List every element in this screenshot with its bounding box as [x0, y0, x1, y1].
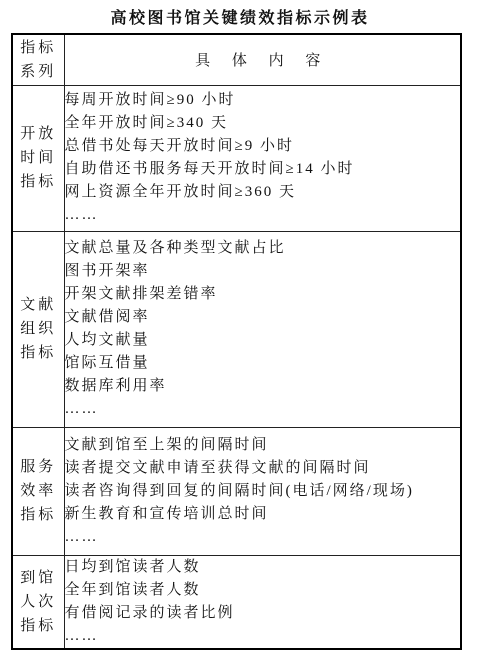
table-row-opening-hours: 开放 时间 指标 每周开放时间≥90 小时 全年开放时间≥340 天 总借书处每… [12, 85, 461, 231]
table-header-row: 指标 系列 具 体 内 容 [12, 34, 461, 85]
table-row-service-efficiency: 服务 效率 指标 文献到馆至上架的间隔时间 读者提交文献申请至获得文献的间隔时间… [12, 427, 461, 555]
row-content-document-organization: 文献总量及各种类型文献占比 图书开架率 开架文献排架差错率 文献借阅率 人均文献… [64, 231, 461, 427]
row-label-visitor-count: 到馆 人次 指标 [12, 555, 64, 649]
page-title: 高校图书馆关键绩效指标示例表 [0, 5, 480, 28]
column-header-specific-content: 具 体 内 容 [64, 34, 461, 85]
row-content-visitor-count: 日均到馆读者人数 全年到馆读者人数 有借阅记录的读者比例 …… [64, 555, 461, 649]
row-content-opening-hours: 每周开放时间≥90 小时 全年开放时间≥340 天 总借书处每天开放时间≥9 小… [64, 85, 461, 231]
row-label-opening-hours: 开放 时间 指标 [12, 85, 64, 231]
table-row-document-organization: 文献 组织 指标 文献总量及各种类型文献占比 图书开架率 开架文献排架差错率 文… [12, 231, 461, 427]
row-label-document-organization: 文献 组织 指标 [12, 231, 64, 427]
kpi-table: 指标 系列 具 体 内 容 开放 时间 指标 每周开放时间≥90 小时 全年开放… [11, 33, 462, 650]
row-content-service-efficiency: 文献到馆至上架的间隔时间 读者提交文献申请至获得文献的间隔时间 读者咨询得到回复… [64, 427, 461, 555]
document-page: 高校图书馆关键绩效指标示例表 指标 系列 具 体 内 容 开放 时间 指标 每周… [0, 0, 480, 652]
row-label-service-efficiency: 服务 效率 指标 [12, 427, 64, 555]
column-header-indicator-series: 指标 系列 [12, 34, 64, 85]
table-row-visitor-count: 到馆 人次 指标 日均到馆读者人数 全年到馆读者人数 有借阅记录的读者比例 …… [12, 555, 461, 649]
